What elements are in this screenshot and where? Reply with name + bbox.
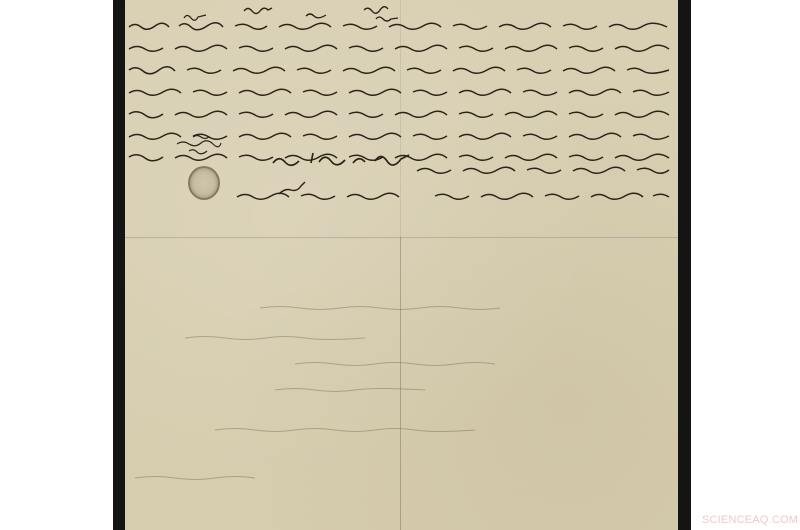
marginal-note (173, 134, 223, 156)
page: Scanned historical manuscript on aged pa… (0, 0, 800, 530)
bleed-through-mark (185, 326, 365, 332)
document-description: Scanned historical manuscript on aged pa… (125, 0, 126, 1)
header-word (375, 8, 399, 18)
bleed-through-mark (295, 352, 495, 358)
bleed-through-mark (275, 378, 425, 384)
signature-line (271, 149, 411, 169)
script-line (415, 164, 672, 176)
header-word (183, 6, 207, 16)
seal-stamp-icon (188, 166, 220, 200)
watermark-text: SCIENCEAQ.COM (702, 514, 798, 526)
manuscript-paper: Scanned historical manuscript on aged pa… (125, 0, 678, 530)
bleed-through-mark (260, 296, 500, 302)
bleed-through-mark (135, 466, 255, 472)
vertical-fold-top (400, 0, 401, 237)
script-line (235, 190, 672, 202)
header-word (243, 0, 273, 10)
horizontal-fold (125, 237, 678, 239)
bleed-through-mark (215, 418, 475, 424)
header-word (305, 5, 327, 15)
